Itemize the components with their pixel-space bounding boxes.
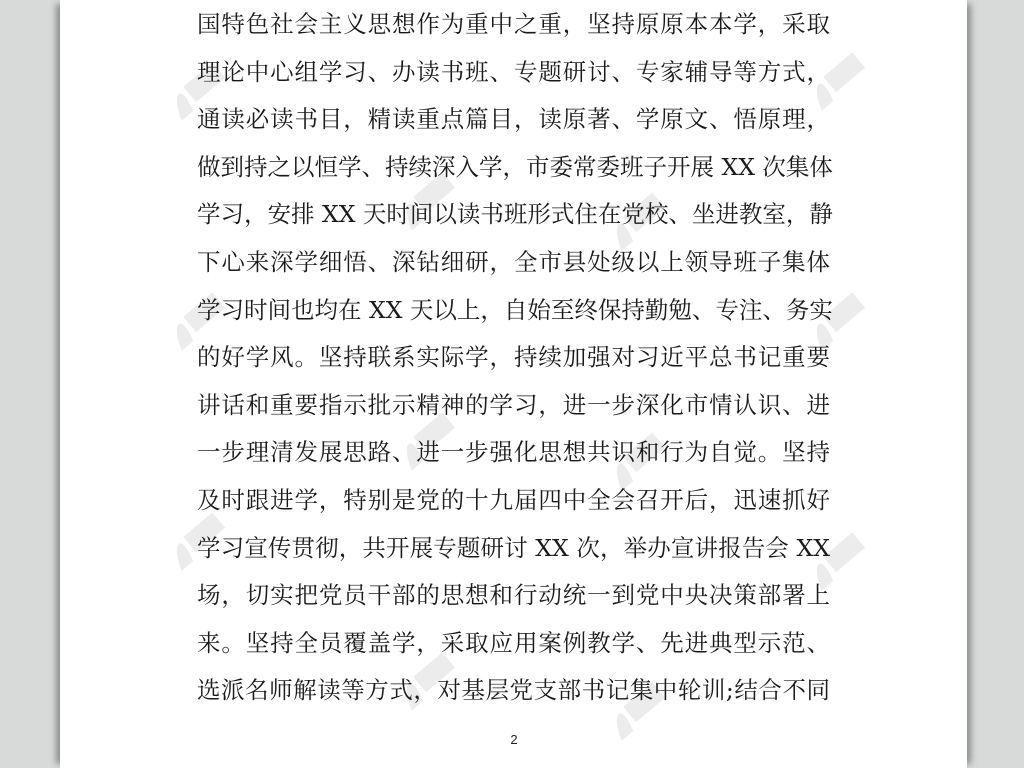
document-viewer[interactable]: 国特色社会主义思想作为重中之重，坚持原原本本学，采取 理论中心组学习、办读书班、… xyxy=(0,0,1024,768)
page-number: 2 xyxy=(507,732,521,747)
text-line: 通读必读书目，精读重点篇目，读原著、学原文、悟原理， xyxy=(197,96,830,144)
text-line: 来。坚持全员覆盖学，采取应用案例教学、先进典型示范、 xyxy=(197,620,830,668)
text-line: 学习时间也均在 XX 天以上，自始至终保持勤勉、专注、务实 xyxy=(197,287,830,335)
text-line: 国特色社会主义思想作为重中之重，坚持原原本本学，采取 xyxy=(197,1,830,49)
text-line: 下心来深学细悟、深钻细研，全市县处级以上领导班子集体 xyxy=(197,239,830,287)
text-line: 理论中心组学习、办读书班、专题研讨、专家辅导等方式， xyxy=(197,49,830,97)
text-line: 的好学风。坚持联系实际学，持续加强对习近平总书记重要 xyxy=(197,334,830,382)
text-line: 及时跟进学，特别是党的十九届四中全会召开后，迅速抓好 xyxy=(197,477,830,525)
body-paragraph: 国特色社会主义思想作为重中之重，坚持原原本本学，采取 理论中心组学习、办读书班、… xyxy=(197,0,830,714)
text-line: 学习宣传贯彻，共开展专题研讨 XX 次，举办宣讲报告会 XX xyxy=(197,525,830,573)
text-line: 选派名师解读等方式，对基层党支部书记集中轮训;结合不同 xyxy=(197,667,830,715)
text-line: 学习，安排 XX 天时间以读书班形式住在党校、坐进教室，静 xyxy=(197,191,830,239)
document-page: 国特色社会主义思想作为重中之重，坚持原原本本学，采取 理论中心组学习、办读书班、… xyxy=(60,0,967,768)
text-line: 场，切实把党员干部的思想和行动统一到党中央决策部署上 xyxy=(197,572,830,620)
text-line: 做到持之以恒学、持续深入学，市委常委班子开展 XX 次集体 xyxy=(197,144,830,192)
text-line: 一步理清发展思路、进一步强化思想共识和行为自觉。坚持 xyxy=(197,429,830,477)
text-line: 讲话和重要指示批示精神的学习，进一步深化市情认识、进 xyxy=(197,382,830,430)
